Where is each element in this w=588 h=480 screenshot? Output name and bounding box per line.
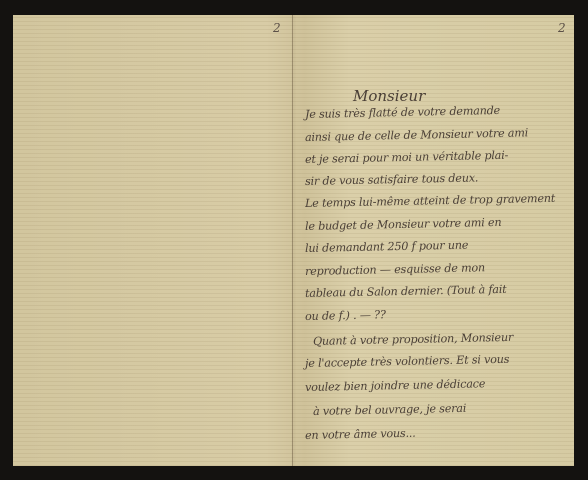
- letter-line: Je suis très flatté de votre demande: [305, 103, 567, 121]
- letter-sheet: 2 2 Monsieur Je suis très flatté de votr…: [13, 15, 574, 466]
- left-page-blank: 2: [13, 15, 292, 466]
- letter-line: lui demandant 250 f pour une: [305, 237, 567, 255]
- letter-line: voulez bien joindre une dédicace: [305, 376, 567, 394]
- letter-line: ainsi que de celle de Monsieur votre ami: [305, 126, 567, 144]
- letter-line: à votre bel ouvrage, je serai: [313, 400, 575, 418]
- letter-line: ou de f.) . — ??: [305, 305, 567, 323]
- letter-salutation: Monsieur: [353, 87, 425, 105]
- letter-line: sir de vous satisfaire tous deux.: [305, 170, 567, 188]
- letter-line: tableau du Salon dernier. (Tout à fait: [305, 282, 567, 300]
- right-page: 2 Monsieur Je suis très flatté de votre …: [293, 15, 574, 466]
- letter-line: Quant à votre proposition, Monsieur: [313, 330, 575, 348]
- folio-number-left: 2: [273, 21, 281, 35]
- folio-number-right: 2: [558, 21, 566, 35]
- letter-line: je l'accepte très volontiers. Et si vous: [305, 352, 567, 370]
- letter-line: le budget de Monsieur votre ami en: [305, 215, 567, 233]
- letter-line: en votre âme vous...: [305, 424, 567, 442]
- letter-line: et je serai pour moi un véritable plai-: [305, 148, 567, 166]
- letter-line: reproduction — esquisse de mon: [305, 260, 567, 278]
- letter-line: Le temps lui-même atteint de trop gravem…: [305, 192, 567, 210]
